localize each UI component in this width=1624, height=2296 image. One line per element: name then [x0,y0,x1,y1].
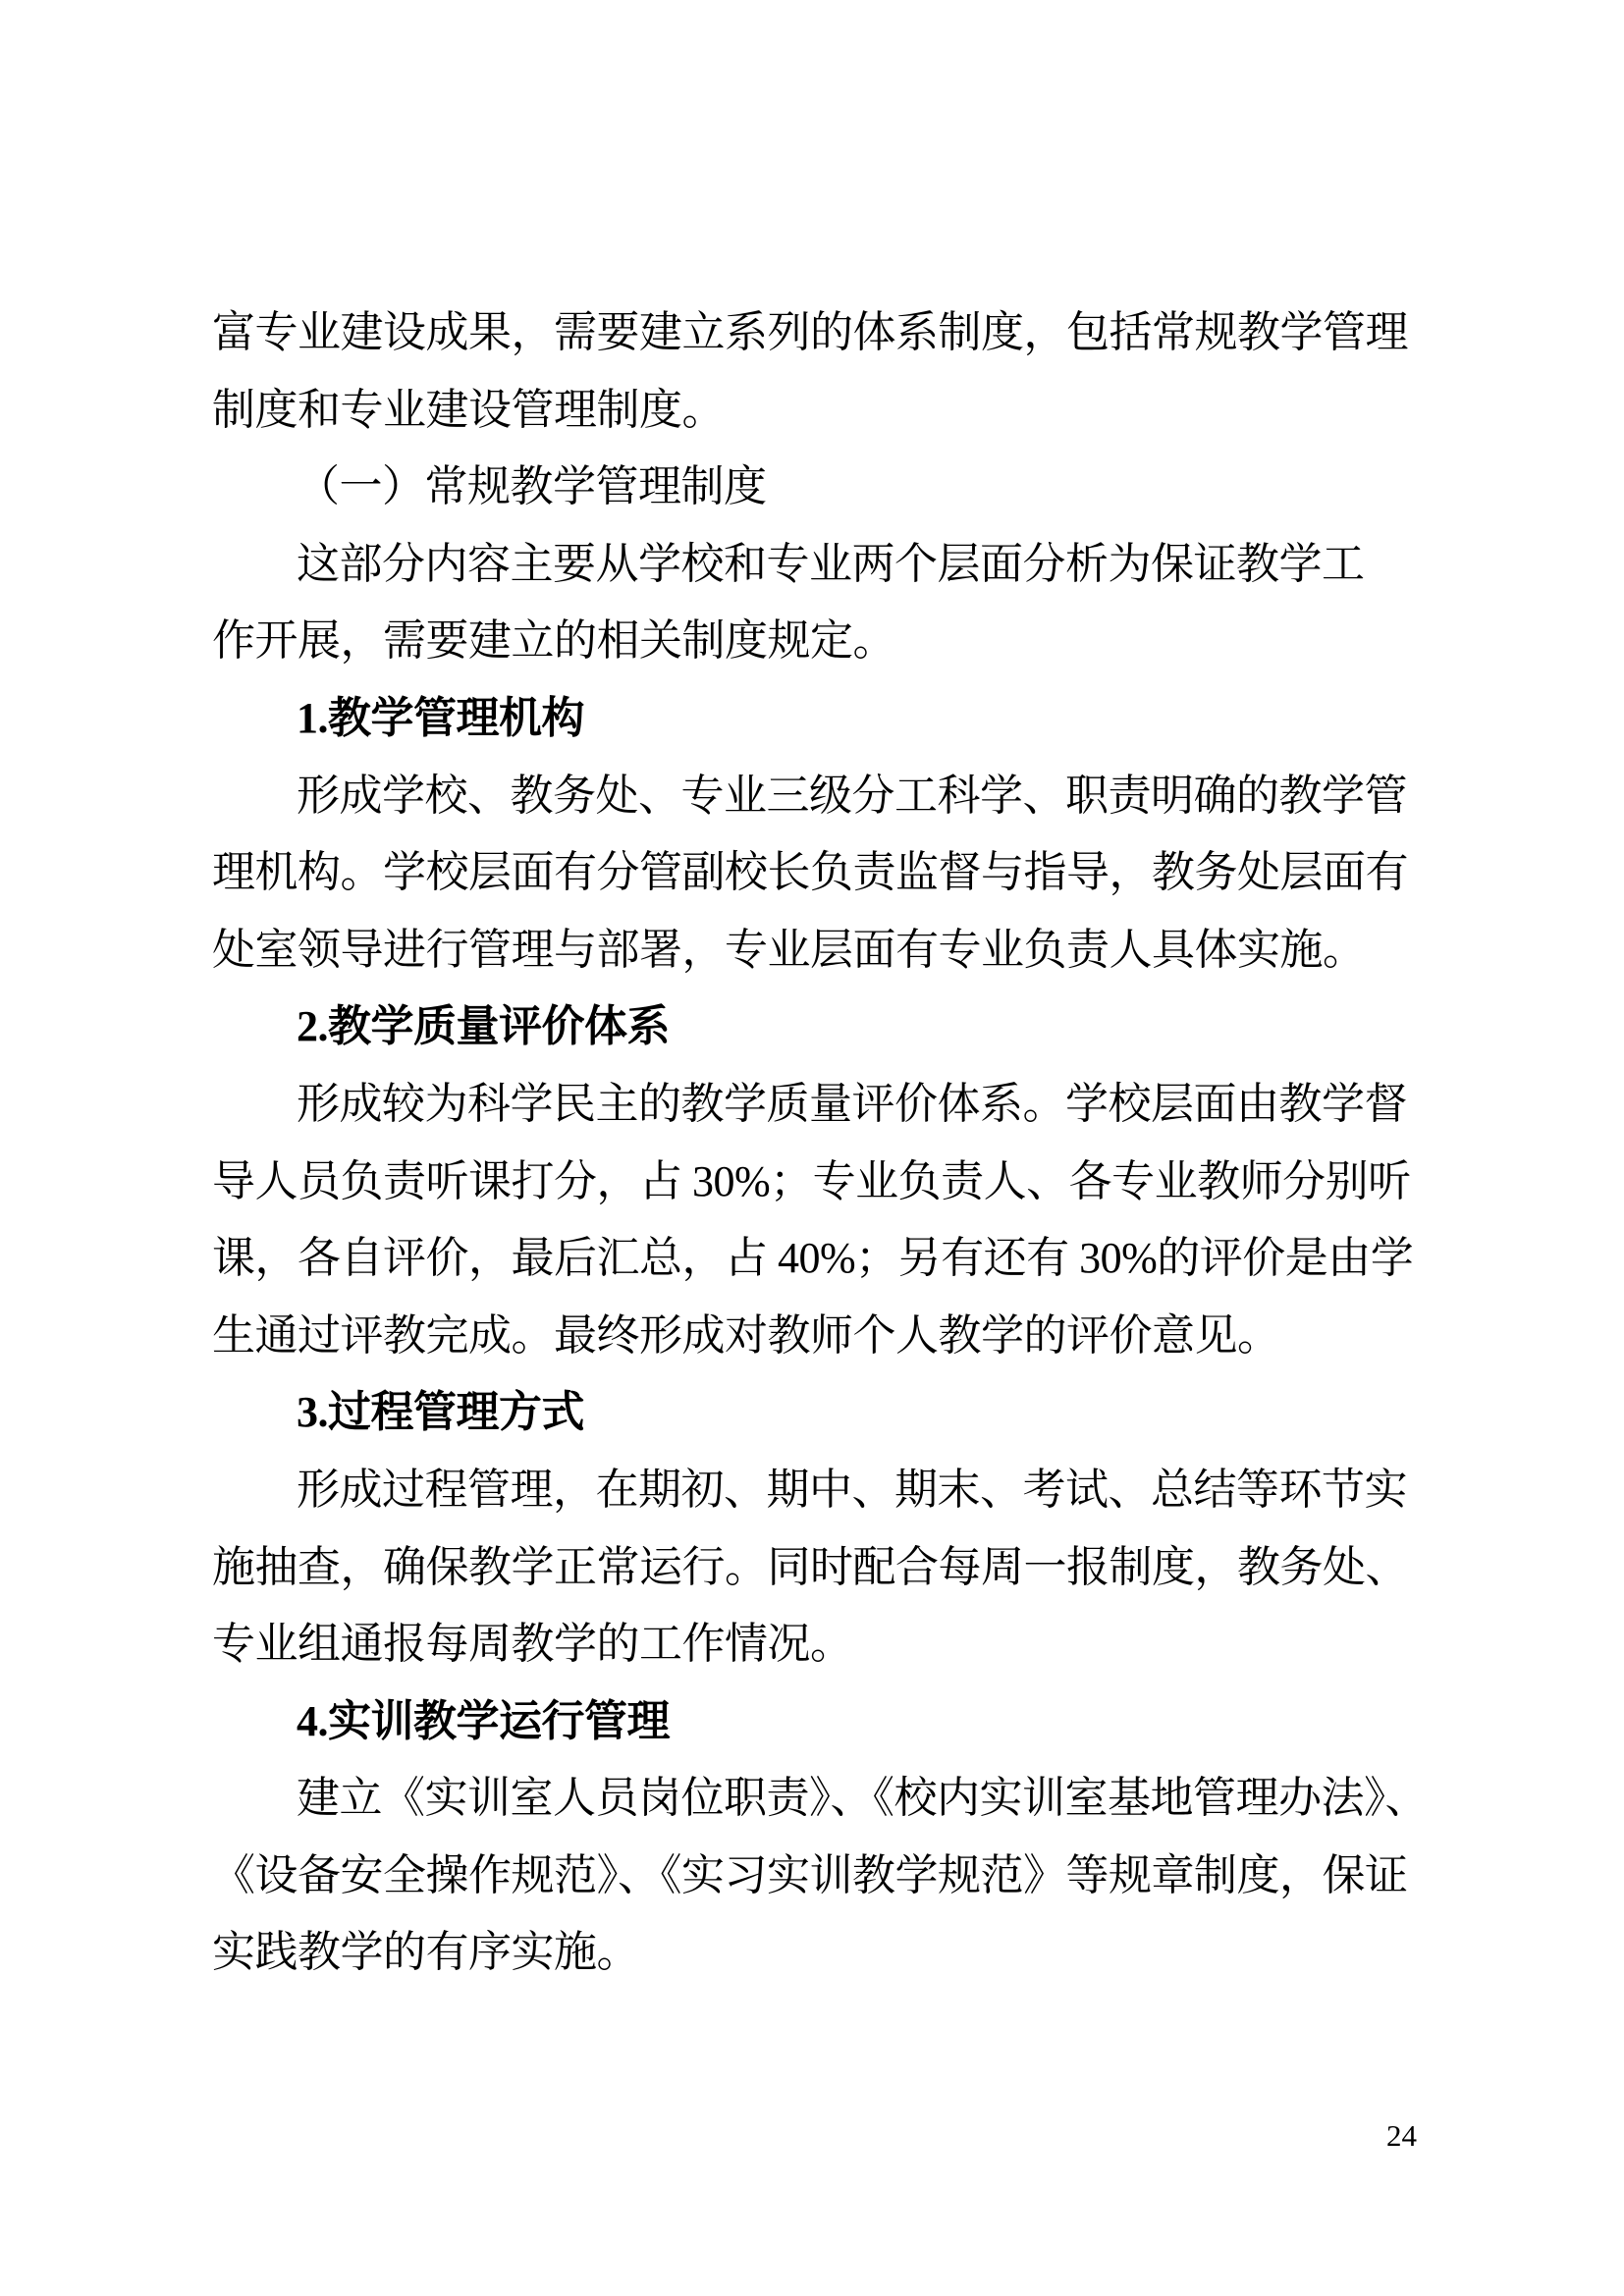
page-number: 24 [1386,2116,1417,2156]
document-page: 富专业建设成果，需要建立系列的体系制度，包括常规教学管理 制度和专业建设管理制度… [0,0,1624,2296]
text-line: 理机构。学校层面有分管副校长负责监督与指导，教务处层面有 [212,834,1430,912]
text-line: 《设备安全操作规范》、《实习实训教学规范》等规章制度，保证 [212,1838,1430,1915]
section-heading-line: （一）常规教学管理制度 [212,449,1430,526]
text-line: 施抽查，确保教学正常运行。同时配合每周一报制度，教务处、 [212,1529,1430,1607]
text-line: 富专业建设成果，需要建立系列的体系制度，包括常规教学管理 [212,294,1430,372]
numbered-heading-line: 2.教学质量评价体系 [212,988,1430,1066]
text-line: 专业组通报每周教学的工作情况。 [212,1606,1430,1683]
text-line: 这部分内容主要从学校和专业两个层面分析为保证教学工 [212,526,1430,604]
text-line: 建立《实训室人员岗位职责》、《校内实训室基地管理办法》、 [212,1760,1430,1838]
text-line: 课，各自评价，最后汇总，占 40%；另有还有 30%的评价是由学 [212,1220,1430,1298]
text-line: 处室领导进行管理与部署，专业层面有专业负责人具体实施。 [212,912,1430,989]
text-line: 制度和专业建设管理制度。 [212,372,1430,450]
text-line: 导人员负责听课打分，占 30%；专业负责人、各专业教师分别听 [212,1144,1430,1221]
text-line: 形成较为科学民主的教学质量评价体系。学校层面由教学督 [212,1066,1430,1144]
numbered-heading-line: 3.过程管理方式 [212,1374,1430,1452]
numbered-heading-line: 1.教学管理机构 [212,680,1430,758]
text-line: 生通过评教完成。最终形成对教师个人教学的评价意见。 [212,1298,1430,1375]
text-line: 作开展，需要建立的相关制度规定。 [212,603,1430,680]
document-body: 富专业建设成果，需要建立系列的体系制度，包括常规教学管理 制度和专业建设管理制度… [212,294,1430,1992]
text-line: 形成学校、教务处、专业三级分工科学、职责明确的教学管 [212,758,1430,835]
text-line: 形成过程管理，在期初、期中、期末、考试、总结等环节实 [212,1452,1430,1529]
numbered-heading-line: 4.实训教学运行管理 [212,1683,1430,1761]
text-line: 实践教学的有序实施。 [212,1914,1430,1992]
